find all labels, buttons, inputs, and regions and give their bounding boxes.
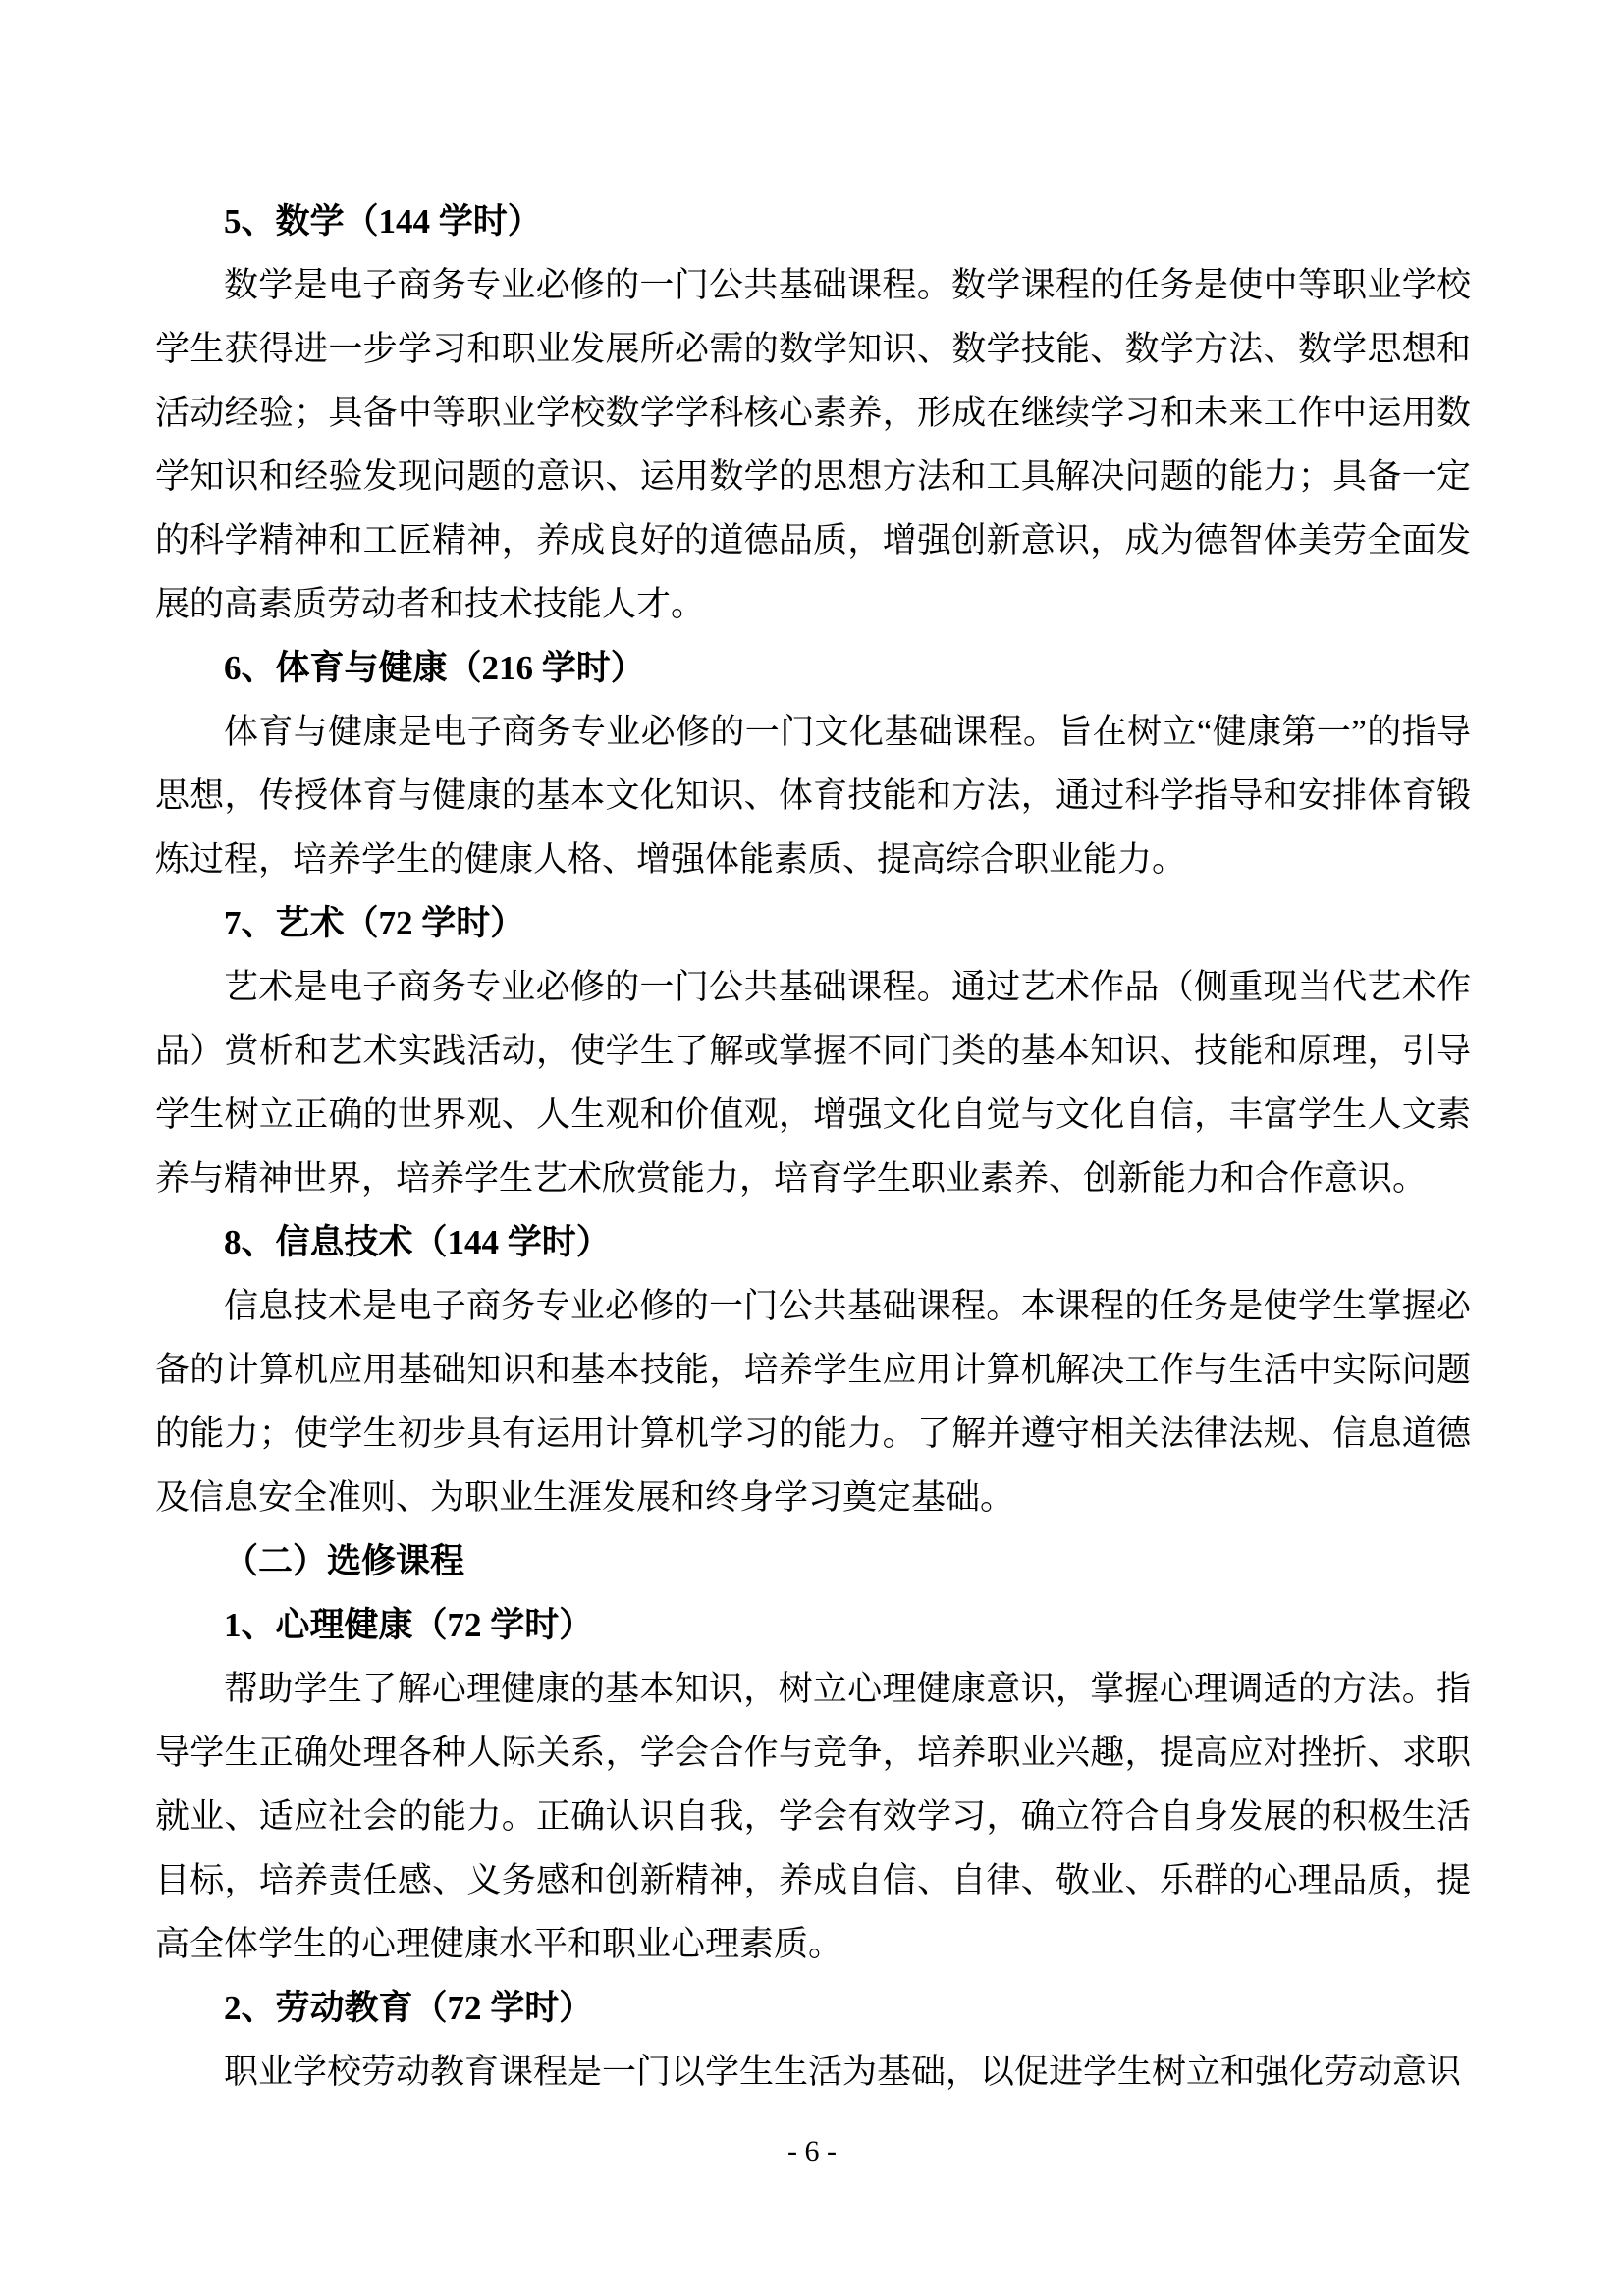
section-heading: 8、信息技术（144 学时） xyxy=(155,1210,1471,1274)
document-body: 5、数学（144 学时） 数学是电子商务专业必修的一门公共基础课程。数学课程的任… xyxy=(155,189,1471,2104)
section-math: 5、数学（144 学时） 数学是电子商务专业必修的一门公共基础课程。数学课程的任… xyxy=(155,189,1471,636)
section-heading: 5、数学（144 学时） xyxy=(155,189,1471,253)
document-page: 5、数学（144 学时） 数学是电子商务专业必修的一门公共基础课程。数学课程的任… xyxy=(0,0,1624,2296)
section-heading: 7、艺术（72 学时） xyxy=(155,891,1471,955)
section-heading: 2、劳动教育（72 学时） xyxy=(155,1976,1471,2040)
section-elective-courses: （二）选修课程 xyxy=(155,1529,1471,1593)
section-heading: （二）选修课程 xyxy=(155,1529,1471,1593)
section-heading: 1、心理健康（72 学时） xyxy=(155,1593,1471,1657)
section-paragraph: 体育与健康是电子商务专业必修的一门文化基础课程。旨在树立“健康第一”的指导思想，… xyxy=(155,700,1471,891)
section-paragraph: 艺术是电子商务专业必修的一门公共基础课程。通过艺术作品（侧重现当代艺术作品）赏析… xyxy=(155,955,1471,1210)
section-labor-education: 2、劳动教育（72 学时） 职业学校劳动教育课程是一门以学生生活为基础，以促进学… xyxy=(155,1976,1471,2104)
section-mental-health: 1、心理健康（72 学时） 帮助学生了解心理健康的基本知识，树立心理健康意识，掌… xyxy=(155,1593,1471,1976)
section-paragraph: 数学是电子商务专业必修的一门公共基础课程。数学课程的任务是使中等职业学校学生获得… xyxy=(155,253,1471,636)
page-number: - 6 - xyxy=(0,2132,1624,2171)
section-paragraph: 帮助学生了解心理健康的基本知识，树立心理健康意识，掌握心理调适的方法。指导学生正… xyxy=(155,1657,1471,1976)
section-heading: 6、体育与健康（216 学时） xyxy=(155,636,1471,700)
section-art: 7、艺术（72 学时） 艺术是电子商务专业必修的一门公共基础课程。通过艺术作品（… xyxy=(155,891,1471,1210)
section-it: 8、信息技术（144 学时） 信息技术是电子商务专业必修的一门公共基础课程。本课… xyxy=(155,1210,1471,1529)
section-paragraph: 职业学校劳动教育课程是一门以学生生活为基础，以促进学生树立和强化劳动意识 xyxy=(155,2040,1471,2104)
section-pe-health: 6、体育与健康（216 学时） 体育与健康是电子商务专业必修的一门文化基础课程。… xyxy=(155,636,1471,891)
section-paragraph: 信息技术是电子商务专业必修的一门公共基础课程。本课程的任务是使学生掌握必备的计算… xyxy=(155,1274,1471,1529)
